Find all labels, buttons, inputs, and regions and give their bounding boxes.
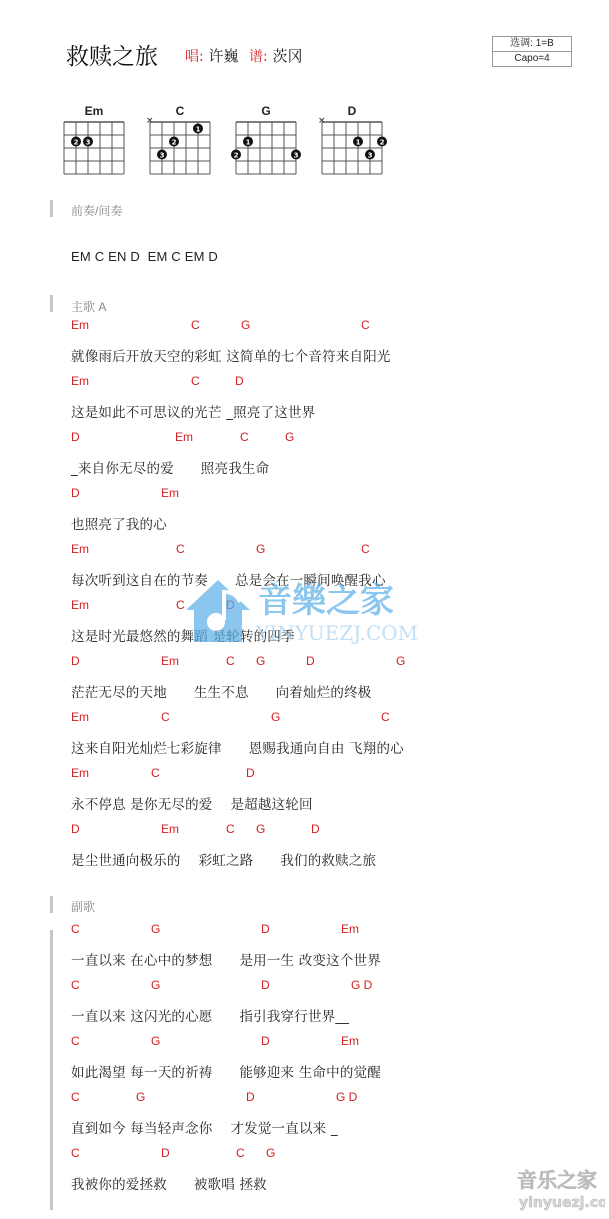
fretboard-icon: ×123 xyxy=(144,114,216,180)
chord-marker: C xyxy=(236,1146,245,1160)
chord-marker: C xyxy=(71,1034,80,1048)
lyric-line: 就像雨后开放天空的彩虹 这简单的七个音符来自阳光 xyxy=(71,345,391,363)
chord-line: EmCGC xyxy=(71,542,551,558)
chord-line: CGDEm xyxy=(71,1034,551,1050)
svg-text:音樂之家: 音樂之家 xyxy=(258,581,394,621)
chord-marker: C xyxy=(361,542,370,556)
chord-marker: D xyxy=(235,374,244,388)
singer-info: 唱: 许巍 xyxy=(185,45,239,66)
chord-marker: G xyxy=(256,654,265,668)
chord-line: DEm xyxy=(71,486,551,502)
section-label-chorus: 副歌 xyxy=(71,898,95,915)
chord-marker: C xyxy=(71,1146,80,1160)
section-bar-chorus xyxy=(50,896,53,913)
svg-text:YINYUEZJ.COM: YINYUEZJ.COM xyxy=(255,621,418,645)
singer-label: 唱: xyxy=(185,49,204,65)
chord-marker: C xyxy=(226,822,235,836)
svg-text:3: 3 xyxy=(160,152,165,160)
chord-marker: G D xyxy=(336,1090,357,1104)
chord-marker: Em xyxy=(175,430,193,444)
chord-marker: D xyxy=(261,922,270,936)
svg-text:yinyuezj.com: yinyuezj.com xyxy=(519,1195,605,1211)
chord-marker: C xyxy=(191,374,200,388)
lyric-line: 这是如此不可思议的光芒 _照亮了这世界 xyxy=(71,401,315,419)
chord-marker: G xyxy=(241,318,250,332)
chord-marker: C xyxy=(381,710,390,724)
chord-marker: G xyxy=(151,1034,160,1048)
chord-line: EmCD xyxy=(71,766,551,782)
chord-marker: D xyxy=(71,654,80,668)
chord-line: EmCGC xyxy=(71,318,551,334)
section-label-verse: 主歌 A xyxy=(71,298,106,315)
chord-marker: G xyxy=(396,654,405,668)
svg-text:3: 3 xyxy=(86,139,91,147)
svg-text:3: 3 xyxy=(294,152,299,160)
fretboard-icon: ×123 xyxy=(316,114,388,180)
chord-marker: G xyxy=(136,1090,145,1104)
chord-marker: Em xyxy=(341,1034,359,1048)
chord-marker: C xyxy=(71,1090,80,1104)
chord-marker: Em xyxy=(71,374,89,388)
chord-marker: D xyxy=(71,430,80,444)
chord-marker: Em xyxy=(341,922,359,936)
chord-line: DEmCG xyxy=(71,430,551,446)
chord-marker: G xyxy=(271,710,280,724)
chord-marker: G D xyxy=(351,978,372,992)
svg-text:1: 1 xyxy=(196,126,201,134)
chord-marker: G xyxy=(151,978,160,992)
chord-marker: Em xyxy=(71,710,89,724)
chord-marker: G xyxy=(285,430,294,444)
chord-marker: Em xyxy=(161,654,179,668)
chord-line: CGDG D xyxy=(71,1090,551,1106)
svg-text:1: 1 xyxy=(356,139,361,147)
key-info-box: 选调: 1=B Capo=4 xyxy=(492,36,572,67)
song-title: 救赎之旅 xyxy=(66,38,158,71)
svg-text:2: 2 xyxy=(172,139,177,147)
chord-marker: Em xyxy=(71,766,89,780)
lyric-line: 一直以来 这闪光的心愿 指引我穿行世界__ xyxy=(71,1005,349,1023)
lyric-line: _来自你无尽的爱 照亮我生命 xyxy=(71,457,269,475)
lyric-line: 茫茫无尽的天地 生生不息 向着灿烂的终极 xyxy=(71,681,372,699)
arranger-label: 谱: xyxy=(249,49,268,65)
chord-marker: G xyxy=(256,542,265,556)
singer-name: 许巍 xyxy=(209,47,239,65)
key-setting: 选调: 1=B xyxy=(493,37,571,51)
chord-marker: C xyxy=(361,318,370,332)
chord-marker: C xyxy=(191,318,200,332)
chord-marker: D xyxy=(71,822,80,836)
chord-marker: D xyxy=(71,486,80,500)
chord-marker: G xyxy=(266,1146,275,1160)
chord-marker: D xyxy=(306,654,315,668)
chord-marker: Em xyxy=(71,598,89,612)
chord-marker: C xyxy=(71,922,80,936)
lyric-line: 如此渴望 每一天的祈祷 能够迎来 生命中的觉醒 xyxy=(71,1061,381,1079)
arranger-name: 茨冈 xyxy=(273,47,303,65)
chord-marker: G xyxy=(256,822,265,836)
chord-line: CGDG D xyxy=(71,978,551,994)
lyric-line: 我被你的爱拯救 被歌唱 拯救 xyxy=(71,1173,267,1191)
svg-text:2: 2 xyxy=(234,152,239,160)
chord-marker: C xyxy=(151,766,160,780)
lyric-line: 一直以来 在心中的梦想 是用一生 改变这个世界 xyxy=(71,949,381,967)
capo-setting: Capo=4 xyxy=(493,51,571,66)
chord-line: EmCD xyxy=(71,374,551,390)
chorus-side-bar xyxy=(50,930,53,1210)
watermark-center: 音樂之家 YINYUEZJ.COM xyxy=(178,570,438,650)
chord-diagram-g: G123 xyxy=(236,104,296,184)
lyric-line: 直到如今 每当轻声念你 才发觉一直以来 _ xyxy=(71,1117,338,1135)
svg-text:音乐之家: 音乐之家 xyxy=(517,1168,597,1192)
fretboard-icon: 23 xyxy=(58,114,130,180)
chord-marker: C xyxy=(176,542,185,556)
intro-chords: EM C EN D EM C EM D xyxy=(71,249,218,264)
chord-marker: D xyxy=(261,978,270,992)
chord-line: DEmCGD xyxy=(71,822,551,838)
chord-marker: G xyxy=(151,922,160,936)
chord-marker: D xyxy=(246,1090,255,1104)
lyric-line: 是尘世通向极乐的 彩虹之路 我们的救赎之旅 xyxy=(71,849,376,867)
chord-marker: C xyxy=(71,978,80,992)
section-label-intro: 前奏/间奏 xyxy=(71,202,122,219)
chord-marker: D xyxy=(261,1034,270,1048)
svg-text:×: × xyxy=(146,116,154,126)
chord-diagram-c: C×123 xyxy=(150,104,210,184)
chord-diagram-em: Em23 xyxy=(64,104,124,184)
chord-marker: Em xyxy=(71,542,89,556)
chord-diagram-d: D×123 xyxy=(322,104,382,184)
fretboard-icon: 123 xyxy=(230,114,302,180)
lyric-line: 也照亮了我的心 xyxy=(71,513,167,531)
chord-marker: D xyxy=(246,766,255,780)
svg-text:×: × xyxy=(318,116,326,126)
section-bar-verse xyxy=(50,295,53,312)
lyric-line: 永不停息 是你无尽的爱 是超越这轮回 xyxy=(71,793,313,811)
svg-text:3: 3 xyxy=(368,152,373,160)
chord-marker: C xyxy=(240,430,249,444)
chord-marker: Em xyxy=(161,486,179,500)
chord-line: CGDEm xyxy=(71,922,551,938)
watermark-corner: 音乐之家 yinyuezj.com xyxy=(515,1163,605,1213)
svg-text:2: 2 xyxy=(380,139,385,147)
chord-marker: Em xyxy=(71,318,89,332)
lyric-line: 这来自阳光灿烂七彩旋律 恩赐我通向自由 飞翔的心 xyxy=(71,737,404,755)
house-music-logo-icon: 音樂之家 YINYUEZJ.COM xyxy=(178,570,438,650)
chord-marker: D xyxy=(311,822,320,836)
svg-text:2: 2 xyxy=(74,139,79,147)
arranger-info: 谱: 茨冈 xyxy=(249,45,303,66)
chord-marker: Em xyxy=(161,822,179,836)
svg-text:1: 1 xyxy=(246,139,251,147)
chord-line: CDCG xyxy=(71,1146,551,1162)
chord-marker: C xyxy=(226,654,235,668)
chord-line: EmCGC xyxy=(71,710,551,726)
chord-marker: D xyxy=(161,1146,170,1160)
chord-line: DEmCGDG xyxy=(71,654,551,670)
section-bar-intro xyxy=(50,200,53,217)
chord-marker: C xyxy=(161,710,170,724)
